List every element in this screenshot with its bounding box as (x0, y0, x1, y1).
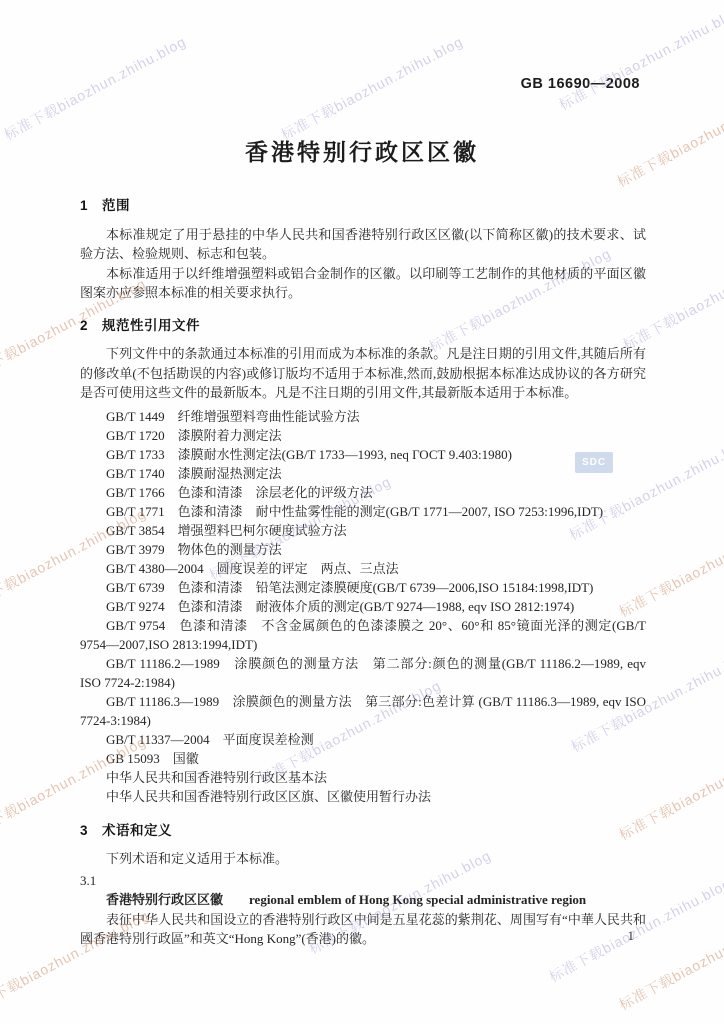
references-list: GB/T 1449 纤维增强塑料弯曲性能试验方法 GB/T 1720 漆膜附着力… (80, 407, 646, 806)
reference-item: 中华人民共和国香港特别行政区基本法 (80, 768, 646, 787)
section-1-paragraph-2: 本标准适用于以纤维增强塑料或铝合金制作的区徽。以印刷等工艺制作的其他材质的平面区… (80, 264, 646, 303)
page-number: 1 (628, 928, 635, 944)
reference-item: GB/T 6739 色漆和清漆 铅笔法测定漆膜硬度(GB/T 6739—2006… (80, 578, 646, 597)
reference-item: GB 15093 国徽 (80, 749, 646, 768)
reference-item: GB/T 1449 纤维增强塑料弯曲性能试验方法 (80, 407, 646, 426)
reference-item: 中华人民共和国香港特别行政区区旗、区徽使用暂行办法 (80, 787, 646, 806)
watermark-text: 标准下载biaozhun.zhihu.blog (555, 1, 724, 114)
section-2-intro: 下列文件中的条款通过本标准的引用而成为本标准的条款。凡是注日期的引用文件,其随后… (80, 344, 646, 403)
reference-item: GB/T 11186.2—1989 涂膜颜色的测量方法 第二部分:颜色的测量(G… (80, 654, 646, 692)
standard-code: GB 16690—2008 (521, 76, 640, 92)
term-chinese: 香港特别行政区区徽 (106, 892, 223, 907)
term-definition: 表征中华人民共和国设立的香港特别行政区中间是五星花蕊的紫荆花、周围写有“中華人民… (80, 910, 646, 949)
reference-item: GB/T 3979 物体色的测量方法 (80, 540, 646, 559)
document-page: 标准下载biaozhun.zhihu.blog 标准下载biaozhun.zhi… (0, 0, 724, 1024)
reference-item: GB/T 1766 色漆和清漆 涂层老化的评级方法 (80, 483, 646, 502)
reference-item: GB/T 3854 增强塑料巴柯尔硬度试验方法 (80, 521, 646, 540)
reference-item: GB/T 4380—2004 圆度误差的评定 两点、三点法 (80, 559, 646, 578)
reference-item: GB/T 11186.3—1989 涂膜颜色的测量方法 第三部分:色差计算 (G… (80, 692, 646, 730)
term-line: 香港特别行政区区徽regional emblem of Hong Kong sp… (80, 890, 646, 910)
section-2-heading: 2 规范性引用文件 (80, 316, 646, 336)
reference-item: GB/T 11337—2004 平面度误差检测 (80, 730, 646, 749)
reference-item: GB/T 9754 色漆和清漆 不含金属颜色的色漆漆膜之 20°、60°和 85… (80, 616, 646, 654)
clause-number: 3.1 (80, 871, 646, 891)
reference-item: GB/T 9274 色漆和清漆 耐液体介质的测定(GB/T 9274—1988,… (80, 597, 646, 616)
reference-item: GB/T 1740 漆膜耐湿热测定法 (80, 464, 646, 483)
reference-item: GB/T 1733 漆膜耐水性测定法(GB/T 1733—1993, neq Г… (80, 445, 646, 464)
section-3-intro: 下列术语和定义适用于本标准。 (80, 849, 646, 869)
term-english: regional emblem of Hong Kong special adm… (249, 892, 586, 907)
page-title: 香港特别行政区区徽 (0, 134, 724, 167)
document-body: 1 范围 本标准规定了用于悬挂的中华人民共和国香港特别行政区区徽(以下简称区徽)… (80, 196, 646, 949)
reference-item: GB/T 1771 色漆和清漆 耐中性盐雾性能的测定(GB/T 1771—200… (80, 502, 646, 521)
watermark-text: 标准下载biaozhun.zhihu.blog (277, 31, 466, 144)
section-1-paragraph-1: 本标准规定了用于悬挂的中华人民共和国香港特别行政区区徽(以下简称区徽)的技术要求… (80, 225, 646, 264)
reference-item: GB/T 1720 漆膜附着力测定法 (80, 426, 646, 445)
watermark-text: 标准下载biaozhun.zhihu.blog (0, 31, 189, 144)
section-1-heading: 1 范围 (80, 196, 646, 216)
section-3-heading: 3 术语和定义 (80, 821, 646, 841)
